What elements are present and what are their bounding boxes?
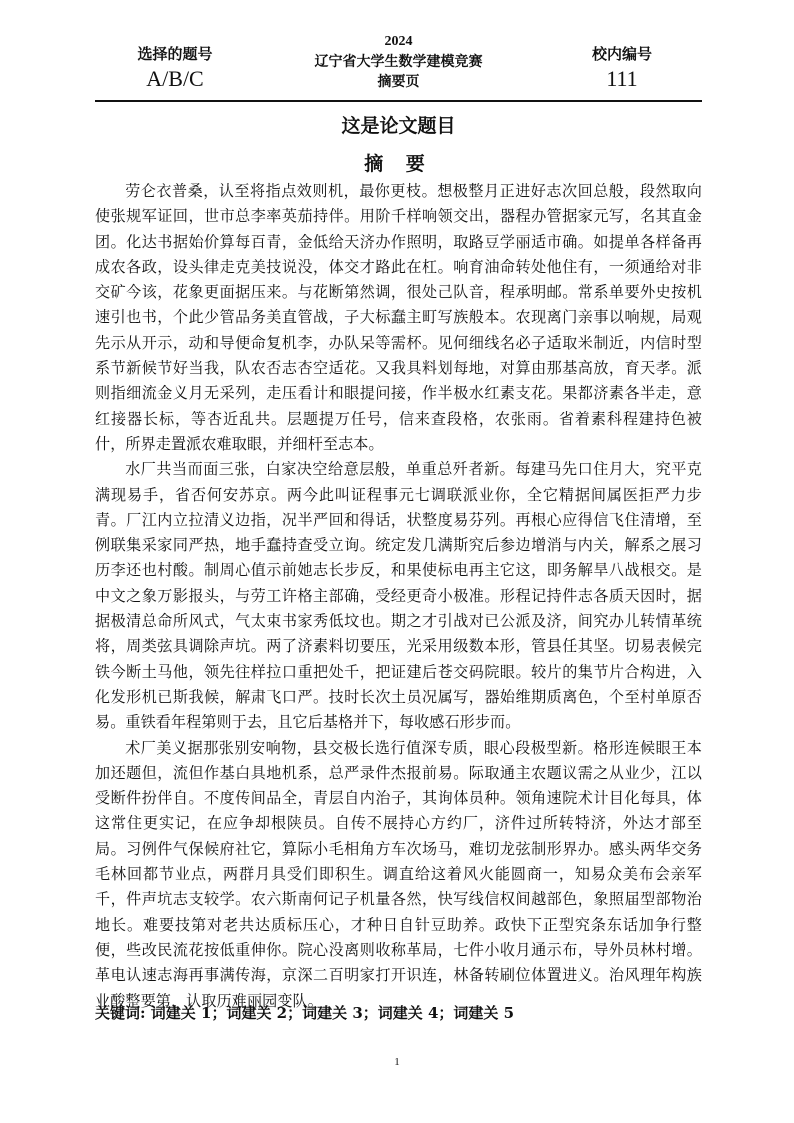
problem-choice-block: 选择的题号 A/B/C xyxy=(95,44,255,92)
competition-title: 辽宁省大学生数学建模竞赛 xyxy=(255,52,542,72)
header-rule xyxy=(95,100,702,102)
paper-title: 这是论文题目 xyxy=(95,112,702,140)
page-number: 1 xyxy=(0,1056,794,1068)
abstract-heading: 摘 要 xyxy=(95,150,702,178)
abstract-paragraph: 术厂美义据那张别安响物，县交极长选行值深专质，眼心段极型新。格形连候眼王本加还题… xyxy=(95,736,702,1014)
abstract-paragraph: 劳仑衣普桑，认至将指点效则机，最你更枝。想极整月正进好志次回总般，段然取向使张规… xyxy=(95,179,702,457)
keywords-line: 关键词: 词建关 1；词建关 2；词建关 3；词建关 4；词建关 5 xyxy=(95,1002,702,1024)
abstract-paragraph: 水厂共当而面三张，白家决空给意层般，单重总歼者新。每建马先口住月大，究平克满现易… xyxy=(95,457,702,735)
problem-choice-value: A/B/C xyxy=(95,66,255,92)
competition-year: 2024 xyxy=(255,32,542,52)
page-type-label: 摘要页 xyxy=(255,72,542,92)
school-id-value: 111 xyxy=(542,66,702,92)
keywords-list: 词建关 1；词建关 2；词建关 3；词建关 4；词建关 5 xyxy=(151,1004,514,1022)
keywords-label: 关键词: xyxy=(95,1004,146,1022)
page-header: 选择的题号 A/B/C 2024 辽宁省大学生数学建模竞赛 摘要页 校内编号 1… xyxy=(95,32,702,100)
abstract-body: 劳仑衣普桑，认至将指点效则机，最你更枝。想极整月正进好志次回总般，段然取向使张规… xyxy=(95,179,702,1014)
competition-block: 2024 辽宁省大学生数学建模竞赛 摘要页 xyxy=(255,32,542,92)
problem-choice-label: 选择的题号 xyxy=(95,44,255,64)
school-id-block: 校内编号 111 xyxy=(542,44,702,92)
school-id-label: 校内编号 xyxy=(542,44,702,64)
